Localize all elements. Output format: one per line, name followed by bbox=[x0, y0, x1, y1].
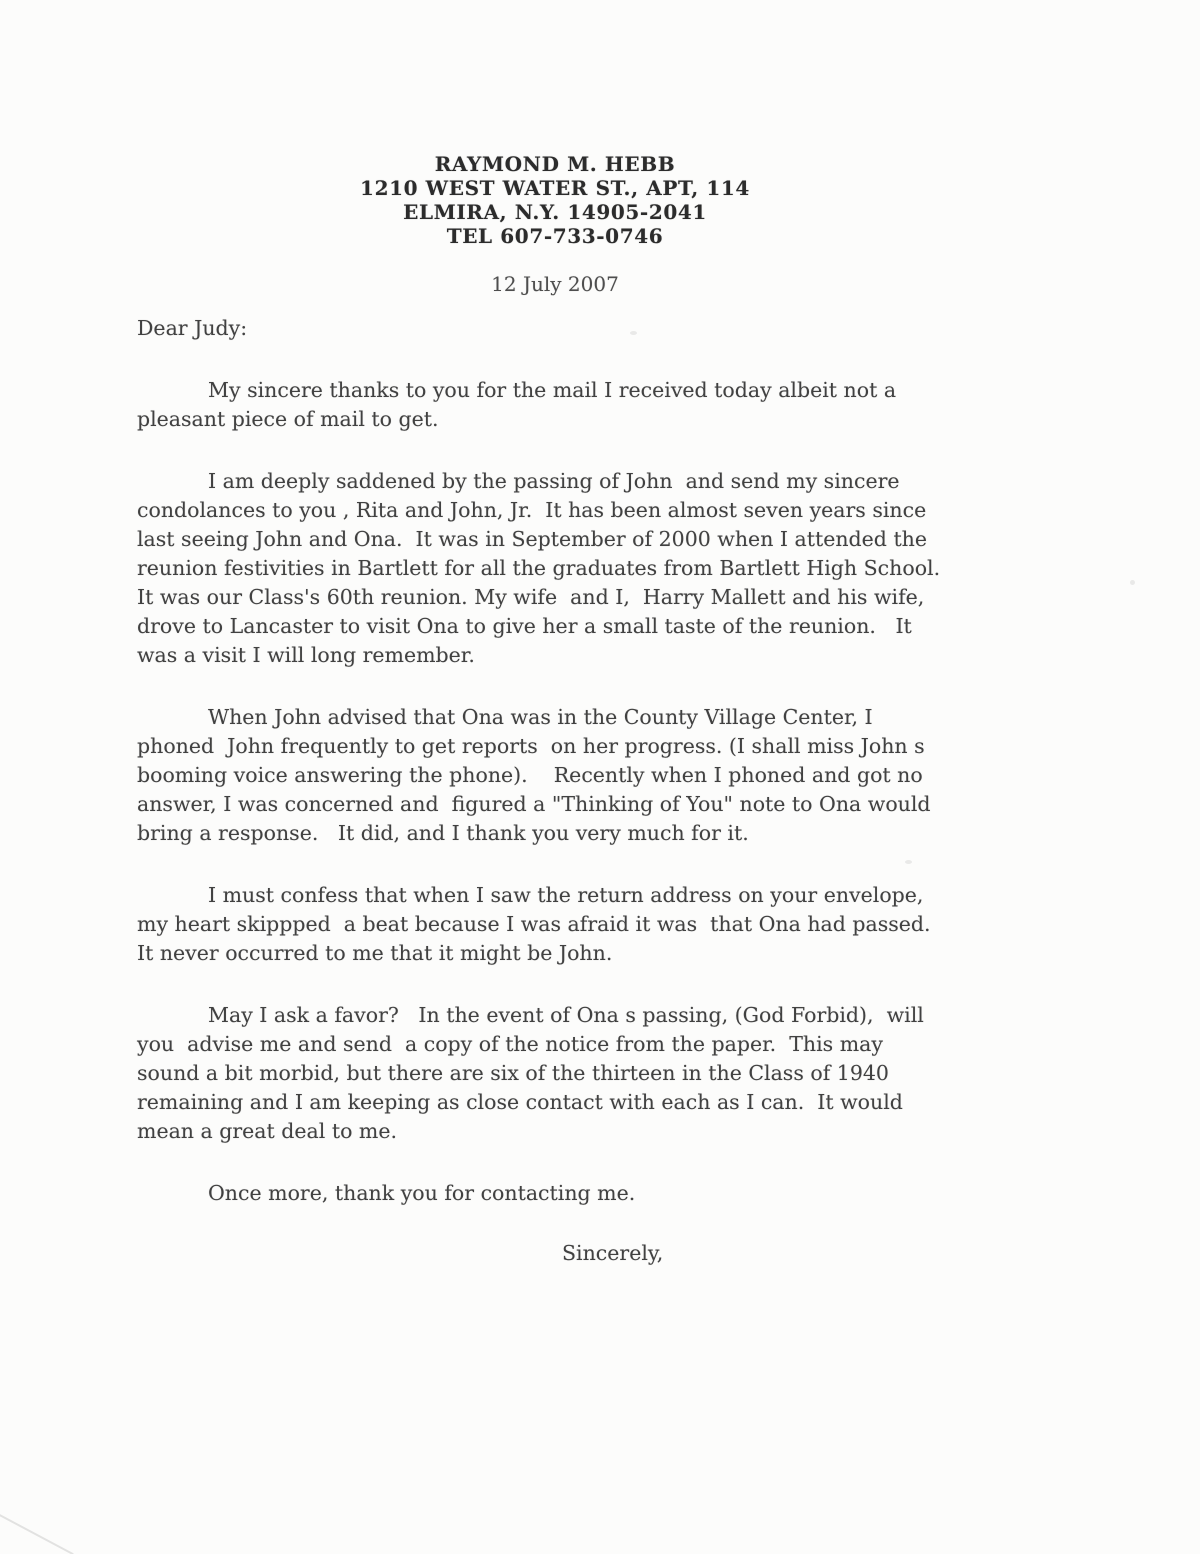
scan-speck bbox=[630, 331, 637, 335]
paragraph-6: Once more, thank you for contacting me. bbox=[137, 1179, 973, 1208]
paragraph-1: My sincere thanks to you for the mail I … bbox=[137, 376, 973, 434]
paragraph-3: When John advised that Ona was in the Co… bbox=[137, 703, 973, 848]
paragraph-4: I must confess that when I saw the retur… bbox=[137, 881, 973, 968]
closing: Sincerely, bbox=[562, 1239, 973, 1268]
scanned-letter-page: RAYMOND M. HEBB 1210 WEST WATER ST., APT… bbox=[0, 0, 1200, 1554]
letterhead-address-line1: 1210 WEST WATER ST., APT, 114 bbox=[137, 176, 973, 200]
letterhead: RAYMOND M. HEBB 1210 WEST WATER ST., APT… bbox=[137, 152, 973, 248]
letterhead-name: RAYMOND M. HEBB bbox=[137, 152, 973, 176]
scan-artifact-line bbox=[0, 1512, 74, 1554]
letterhead-address-line2: ELMIRA, N.Y. 14905-2041 bbox=[137, 200, 973, 224]
salutation: Dear Judy: bbox=[137, 314, 973, 343]
letter-content: RAYMOND M. HEBB 1210 WEST WATER ST., APT… bbox=[137, 0, 973, 1268]
paragraph-2: I am deeply saddened by the passing of J… bbox=[137, 467, 973, 670]
scan-speck bbox=[1130, 580, 1135, 585]
letterhead-phone: TEL 607-733-0746 bbox=[137, 224, 973, 248]
paragraph-5: May I ask a favor? In the event of Ona s… bbox=[137, 1001, 973, 1146]
scan-speck bbox=[905, 860, 912, 864]
letter-date: 12 July 2007 bbox=[137, 272, 973, 296]
